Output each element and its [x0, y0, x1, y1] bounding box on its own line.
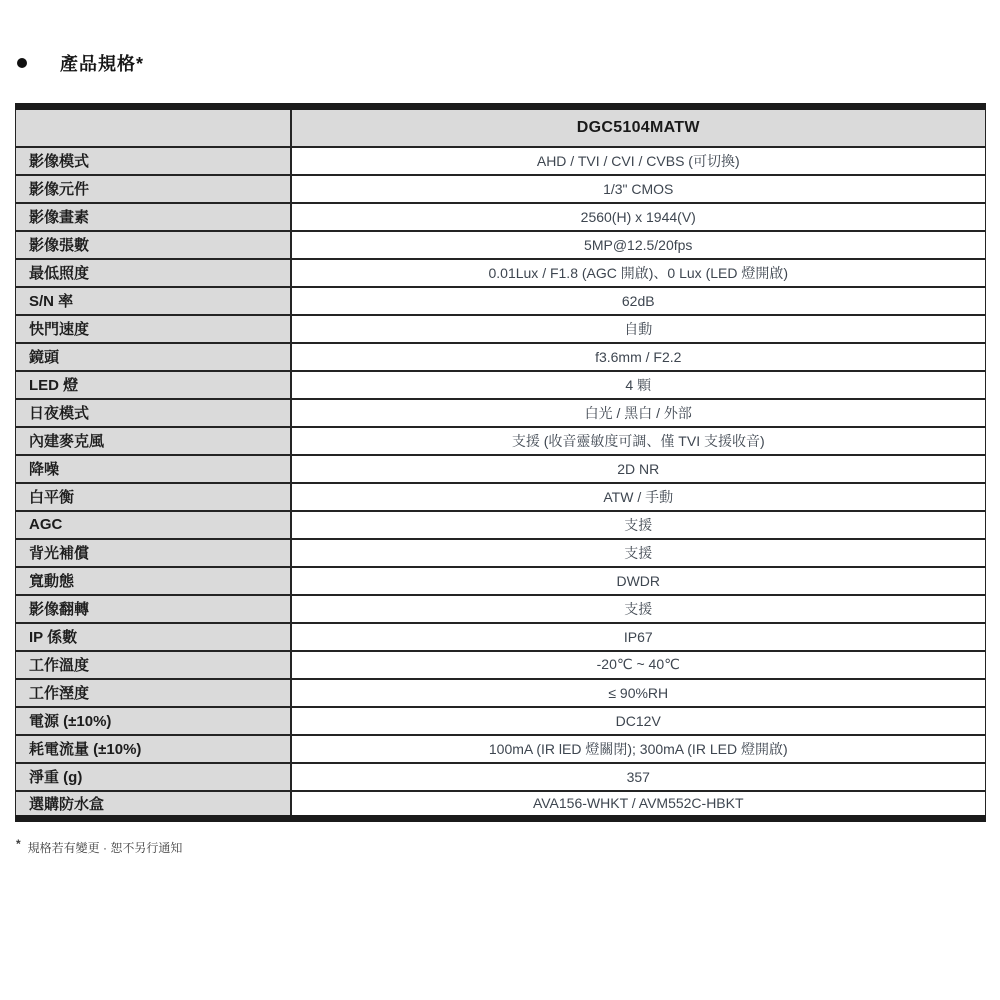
spec-label: 選購防水盒 — [16, 791, 291, 819]
table-row: 影像元件1/3" CMOS — [16, 175, 986, 203]
spec-label: LED 燈 — [16, 371, 291, 399]
footnote: * 規格若有變更 · 恕不另行通知 — [16, 839, 1000, 856]
spec-label: 日夜模式 — [16, 399, 291, 427]
spec-label: 影像模式 — [16, 147, 291, 175]
spec-table: DGC5104MATW 影像模式AHD / TVI / CVI / CVBS (… — [15, 103, 986, 822]
spec-label: 鏡頭 — [16, 343, 291, 371]
spec-label: 降噪 — [16, 455, 291, 483]
spec-value: 2560(H) x 1944(V) — [291, 203, 986, 231]
spec-value: 5MP@12.5/20fps — [291, 231, 986, 259]
spec-value: 支援 — [291, 595, 986, 623]
spec-value: 2D NR — [291, 455, 986, 483]
spec-value: 支援 (收音靈敏度可調、僅 TVI 支援收音) — [291, 427, 986, 455]
table-row: 電源 (±10%)DC12V — [16, 707, 986, 735]
spec-value: 支援 — [291, 511, 986, 539]
spec-label: IP 係數 — [16, 623, 291, 651]
spec-label: 寬動態 — [16, 567, 291, 595]
table-row: 淨重 (g)357 — [16, 763, 986, 791]
spec-value: DWDR — [291, 567, 986, 595]
spec-value: -20℃ ~ 40℃ — [291, 651, 986, 679]
page-title: 產品規格* — [60, 50, 144, 76]
table-row: 工作溫度-20℃ ~ 40℃ — [16, 651, 986, 679]
spec-label: 電源 (±10%) — [16, 707, 291, 735]
spec-value: DC12V — [291, 707, 986, 735]
table-row: 最低照度0.01Lux / F1.8 (AGC 開啟)、0 Lux (LED 燈… — [16, 259, 986, 287]
spec-value: 白光 / 黑白 / 外部 — [291, 399, 986, 427]
footnote-asterisk: * — [16, 837, 21, 851]
page-title-row: 產品規格* — [0, 0, 1000, 76]
spec-label: 工作溫度 — [16, 651, 291, 679]
table-row: 日夜模式白光 / 黑白 / 外部 — [16, 399, 986, 427]
table-row: 白平衡ATW / 手動 — [16, 483, 986, 511]
table-row: LED 燈4 顆 — [16, 371, 986, 399]
model-name: DGC5104MATW — [291, 107, 986, 147]
header-empty-cell — [16, 107, 291, 147]
table-row: 降噪2D NR — [16, 455, 986, 483]
spec-label: 影像畫素 — [16, 203, 291, 231]
table-row: 快門速度自動 — [16, 315, 986, 343]
spec-value: 1/3" CMOS — [291, 175, 986, 203]
spec-value: 100mA (IR lED 燈關閉); 300mA (IR LED 燈開啟) — [291, 735, 986, 763]
spec-label: 影像張數 — [16, 231, 291, 259]
spec-table-body: DGC5104MATW 影像模式AHD / TVI / CVI / CVBS (… — [16, 107, 986, 819]
spec-value: IP67 — [291, 623, 986, 651]
table-row: IP 係數IP67 — [16, 623, 986, 651]
spec-value: ≤ 90%RH — [291, 679, 986, 707]
spec-label: 淨重 (g) — [16, 763, 291, 791]
spec-label: 影像翻轉 — [16, 595, 291, 623]
table-row: 工作溼度≤ 90%RH — [16, 679, 986, 707]
spec-label: 內建麥克風 — [16, 427, 291, 455]
spec-label: 影像元件 — [16, 175, 291, 203]
table-row: 內建麥克風支援 (收音靈敏度可調、僅 TVI 支援收音) — [16, 427, 986, 455]
table-row: S/N 率62dB — [16, 287, 986, 315]
table-row: 耗電流量 (±10%)100mA (IR lED 燈關閉); 300mA (IR… — [16, 735, 986, 763]
spec-value: f3.6mm / F2.2 — [291, 343, 986, 371]
spec-value: 357 — [291, 763, 986, 791]
spec-label: AGC — [16, 511, 291, 539]
spec-value: 自動 — [291, 315, 986, 343]
table-row: 寬動態DWDR — [16, 567, 986, 595]
table-row: 選購防水盒AVA156-WHKT / AVM552C-HBKT — [16, 791, 986, 819]
spec-value: 4 顆 — [291, 371, 986, 399]
bullet-icon — [17, 58, 27, 68]
table-row: 影像張數5MP@12.5/20fps — [16, 231, 986, 259]
table-row: 背光補償支援 — [16, 539, 986, 567]
spec-label: 快門速度 — [16, 315, 291, 343]
spec-value: AVA156-WHKT / AVM552C-HBKT — [291, 791, 986, 819]
spec-label: 耗電流量 (±10%) — [16, 735, 291, 763]
table-row: 影像翻轉支援 — [16, 595, 986, 623]
spec-sheet-page: 產品規格* DGC5104MATW 影像模式AHD / TVI / CVI / … — [0, 0, 1000, 1000]
spec-label: 工作溼度 — [16, 679, 291, 707]
spec-value: 支援 — [291, 539, 986, 567]
spec-label: 背光補償 — [16, 539, 291, 567]
spec-label: S/N 率 — [16, 287, 291, 315]
table-row: 影像畫素2560(H) x 1944(V) — [16, 203, 986, 231]
footnote-text: 規格若有變更 · 恕不另行通知 — [28, 839, 183, 856]
spec-label: 白平衡 — [16, 483, 291, 511]
spec-value: ATW / 手動 — [291, 483, 986, 511]
table-header-row: DGC5104MATW — [16, 107, 986, 147]
table-row: AGC支援 — [16, 511, 986, 539]
spec-value: 0.01Lux / F1.8 (AGC 開啟)、0 Lux (LED 燈開啟) — [291, 259, 986, 287]
table-row: 影像模式AHD / TVI / CVI / CVBS (可切換) — [16, 147, 986, 175]
spec-value: 62dB — [291, 287, 986, 315]
spec-label: 最低照度 — [16, 259, 291, 287]
table-row: 鏡頭f3.6mm / F2.2 — [16, 343, 986, 371]
spec-value: AHD / TVI / CVI / CVBS (可切換) — [291, 147, 986, 175]
